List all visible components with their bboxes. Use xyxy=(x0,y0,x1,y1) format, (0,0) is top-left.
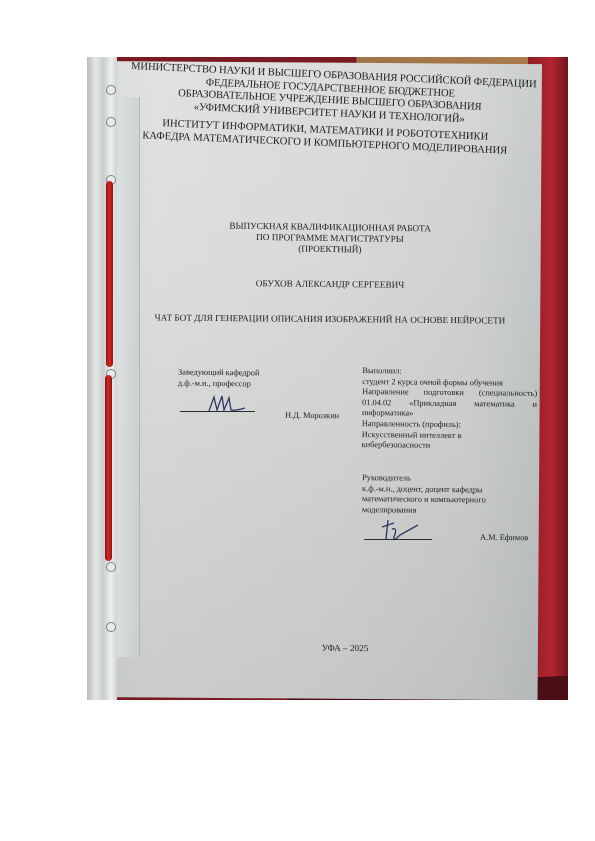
head-name: Н.Д. Морозкин xyxy=(285,411,339,421)
supervisor-name: А.М. Ефимов xyxy=(480,533,528,543)
head-role: Заведующий кафедрой xyxy=(178,367,260,379)
supervisor-signature xyxy=(378,517,428,545)
performer-line: кибербезопасности xyxy=(362,440,537,452)
supervisor-block: Руководитель к.ф.-м.н., доцент, доцент к… xyxy=(362,473,522,517)
city-year: УФА – 2025 xyxy=(300,643,390,653)
supervisor-line: моделирования xyxy=(362,505,522,517)
thesis-title: ЧАТ БОТ ДЛЯ ГЕНЕРАЦИИ ОПИСАНИЯ ИЗОБРАЖЕН… xyxy=(140,312,520,325)
author-name: ОБУХОВ АЛЕКСАНДР СЕРГЕЕВИЧ xyxy=(220,278,440,290)
performer-block: Выполнил: студент 2 курса очной формы об… xyxy=(362,366,538,453)
head-degree: д.ф.-м.н., профессор xyxy=(178,378,260,390)
signature-line xyxy=(364,539,432,540)
head-of-department-block: Заведующий кафедрой д.ф.-м.н., профессор xyxy=(178,367,260,390)
work-type: ВЫПУСКНАЯ КВАЛИФИКАЦИОННАЯ РАБОТА ПО ПРО… xyxy=(200,220,460,257)
title-page-text: МИНИСТЕРСТВО НАУКИ И ВЫСШЕГО ОБРАЗОВАНИЯ… xyxy=(0,0,595,841)
work-type-line: (ПРОЕКТНЫЙ) xyxy=(200,242,460,257)
signature-line xyxy=(180,411,255,412)
